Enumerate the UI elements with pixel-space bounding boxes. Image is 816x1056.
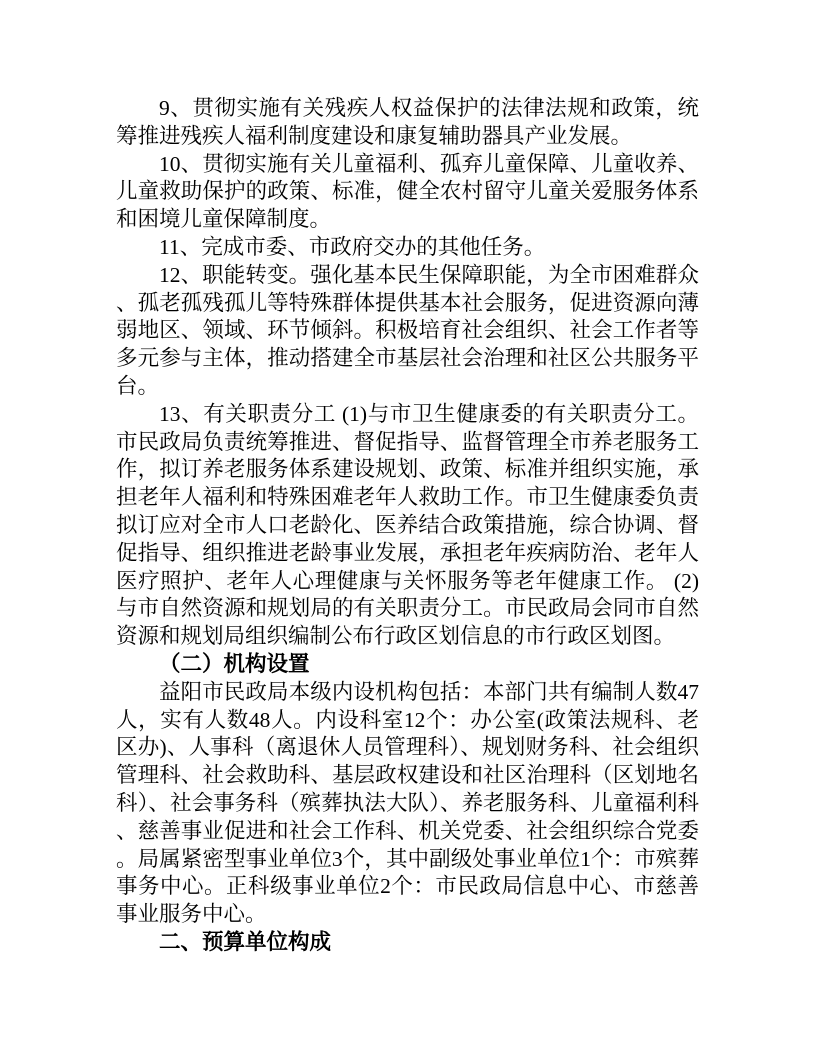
paragraph-duty-10-child-welfare: 10、贯彻实施有关儿童福利、孤弃儿童保障、儿童收养、儿童救助保护的政策、标准，健… xyxy=(116,151,699,234)
paragraph-organization-details: 益阳市民政局本级内设机构包括：本部门共有编制人数47人，实有人数48人。内设科室… xyxy=(116,679,699,929)
paragraph-duty-11-other-tasks: 11、完成市委、市政府交办的其他任务。 xyxy=(116,234,699,262)
paragraph-duty-13-division-of-duties: 13、有关职责分工 (1)与市卫生健康委的有关职责分工。市民政局负责统筹推进、督… xyxy=(116,401,699,651)
paragraph-duty-12-function-transform: 12、职能转变。强化基本民生保障职能，为全市困难群众、孤老孤残孤儿等特殊群体提供… xyxy=(116,262,699,401)
heading-section-2-organization-setup: （二）机构设置 xyxy=(116,651,699,679)
document-body: 9、贯彻实施有关残疾人权益保护的法律法规和政策，统筹推进残疾人福利制度建设和康复… xyxy=(116,95,699,957)
document-page: 9、贯彻实施有关残疾人权益保护的法律法规和政策，统筹推进残疾人福利制度建设和康复… xyxy=(0,0,816,1056)
paragraph-duty-9-disabled-rights: 9、贯彻实施有关残疾人权益保护的法律法规和政策，统筹推进残疾人福利制度建设和康复… xyxy=(116,95,699,151)
heading-part-2-budget-unit-composition: 二、预算单位构成 xyxy=(116,929,699,957)
